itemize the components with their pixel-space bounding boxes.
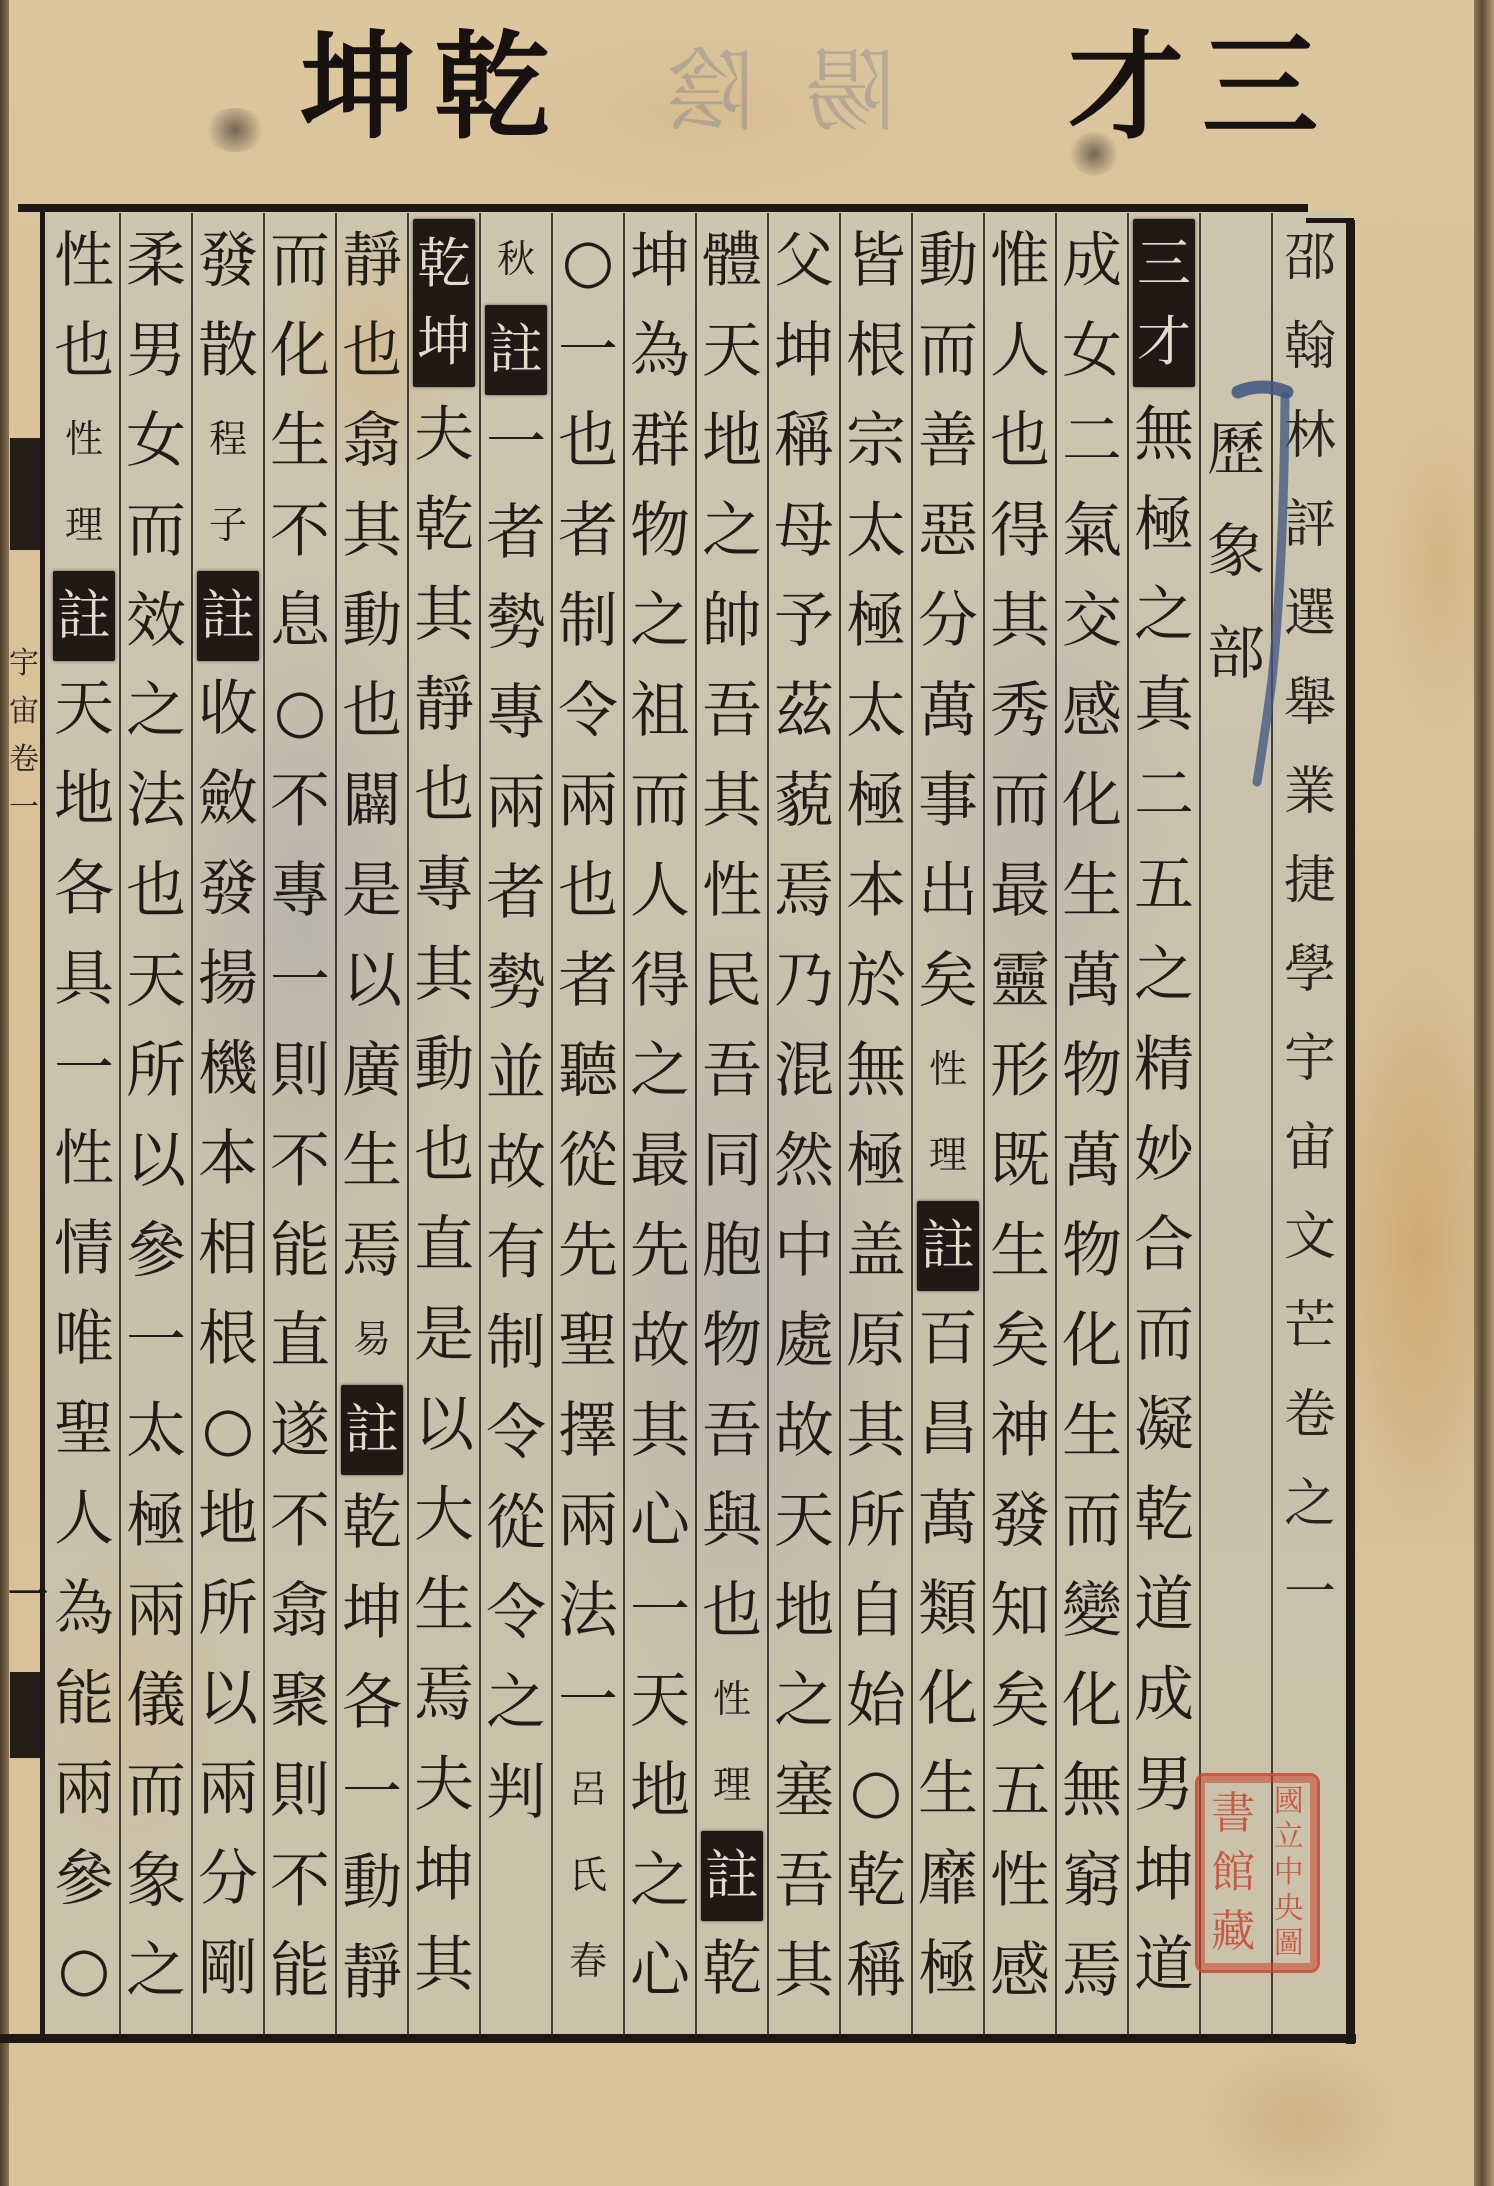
binding-gutter [0,0,9,2186]
glyph: 混 [768,1026,840,1116]
glyph: 胞 [696,1206,768,1296]
glyph: 皆 [840,216,912,306]
glyph: 大 [408,1470,480,1560]
glyph: 央 [1274,1892,1304,1926]
glyph: 也 [48,306,120,396]
glyph: 天 [48,664,120,754]
glyph: 也 [552,846,624,936]
glyph: 各 [48,844,120,934]
text-column: 乾坤 夫乾其靜也專其動也直是以大生焉夫坤其 [408,216,480,2010]
glyph: 窮 [1056,1836,1128,1926]
glyph: ○ [192,1384,264,1474]
glyph: 動 [408,1020,480,1110]
glyph: 兩 [480,758,552,848]
glyph: 之 [1274,1460,1346,1549]
glyph: 先 [552,1206,624,1296]
glyph: 化 [264,306,336,396]
glyph: 萬 [1056,936,1128,1026]
glyph: 生 [336,1116,408,1206]
glyph: 自 [840,1566,912,1656]
glyph: 判 [480,1748,552,1838]
glyph: 翕 [264,1566,336,1656]
glyph: 惡 [912,486,984,576]
glyph: 並 [480,1028,552,1118]
glyph: 秀 [984,666,1056,756]
glyph: 聚 [264,1656,336,1746]
glyph: 昌 [912,1384,984,1474]
glyph: 然 [768,1116,840,1206]
commentary-marker: 註 [485,305,547,395]
glyph: 極 [1128,480,1200,570]
glyph: 之 [120,1926,192,2016]
glyph: 而 [912,306,984,396]
main-text: 惟人也得其秀而最靈形既生矣神發知矣五性感 [984,216,1056,2016]
commentary-marker: 註 [917,1201,979,1291]
glyph: 氏 [552,1832,624,1918]
fold-page-number: 一 [8,1570,40,1620]
glyph: 坤 [300,22,412,152]
glyph: 形 [984,1026,1056,1116]
glyph: 以 [336,936,408,1026]
glyph: 生 [408,1560,480,1650]
glyph: 帥 [696,576,768,666]
glyph: 坤 [413,303,475,381]
glyph: 地 [696,396,768,486]
glyph: 同 [696,1116,768,1206]
source-note: 性理 [696,1656,768,1828]
glyph: 館 [1211,1845,1255,1901]
glyph: 化 [912,1654,984,1744]
commentary-marker: 註 [197,571,259,661]
glyph: 斂 [192,754,264,844]
glyph: 二 [1128,750,1200,840]
glyph: 制 [552,576,624,666]
glyph: ○ [840,1746,912,1836]
glyph: 捷 [1274,837,1346,926]
glyph: 者 [480,488,552,578]
glyph: 男 [120,306,192,396]
glyph: 兩 [120,1566,192,1656]
glyph: 翕 [336,396,408,486]
seal-left-column: 書館藏 [1211,1784,1255,1962]
glyph: 得 [624,936,696,1026]
glyph: 精 [1128,1020,1200,1110]
glyph: 發 [192,844,264,934]
glyph: 靜 [408,660,480,750]
glyph: 父 [768,216,840,306]
glyph: 註 [197,577,259,655]
main-text: 收斂發揚機本相根○地所以兩分剛 [192,664,264,2014]
glyph: 化 [1056,756,1128,846]
glyph: 也 [552,396,624,486]
glyph: 則 [264,1746,336,1836]
glyph: 性 [48,216,120,306]
text-column: 體天地之帥吾其性民吾同胞物吾與也 性理 註 乾 [696,216,768,2014]
glyph: 凝 [1128,1380,1200,1470]
glyph: 稱 [840,1926,912,2016]
main-text: 乾坤各一動靜 [336,1478,408,2018]
main-text: 乾 [696,1924,768,2014]
glyph: 國 [1274,1785,1304,1819]
glyph: 不 [264,486,336,576]
commentary-marker: 註 [53,571,115,661]
frame-top-border [18,204,1308,212]
glyph: 焉 [768,846,840,936]
main-text: 無極之真二五之精妙合而凝乾道成男坤道 [1128,390,1200,2010]
glyph: 神 [984,1386,1056,1476]
glyph: 吾 [696,1386,768,1476]
glyph: 民 [696,936,768,1026]
glyph: 一 [1274,1549,1346,1638]
glyph: 是 [408,1290,480,1380]
source-note: 性理 [912,1026,984,1198]
glyph: 性 [984,1836,1056,1926]
main-text: 而化生不息○不專一則不能直遂不翕聚則不能 [264,216,336,2016]
glyph: 群 [624,396,696,486]
glyph: 理 [48,482,120,568]
frame-right-border [1346,220,1355,2044]
ink-smudge [1070,132,1118,176]
glyph: 極 [840,1116,912,1206]
glyph: 既 [984,1116,1056,1206]
glyph: 也 [408,750,480,840]
glyph: 性 [48,1114,120,1204]
text-column: 柔男女而效之法也天所以參一太極兩儀而象之 [120,216,192,2016]
glyph: 也 [984,396,1056,486]
glyph: 相 [192,1204,264,1294]
glyph: 體 [696,216,768,306]
glyph: 兩 [552,1476,624,1566]
glyph: 圖 [1274,1927,1304,1961]
glyph: 而 [624,756,696,846]
glyph: 以 [408,1380,480,1470]
glyph: 者 [480,848,552,938]
glyph: 令 [480,1388,552,1478]
glyph: 乾 [840,1836,912,1926]
glyph: 其 [696,756,768,846]
glyph: 予 [768,576,840,666]
glyph: 善 [912,396,984,486]
glyph: 無 [840,1026,912,1116]
glyph: 藏 [1211,1904,1255,1960]
glyph: 始 [840,1656,912,1746]
glyph: 地 [768,1566,840,1656]
glyph: 程 [192,396,264,482]
glyph: 芒 [1274,1282,1346,1371]
text-column: 靜也翕其動也闢是以廣生焉 易 註 乾坤各一動靜 [336,216,408,2018]
glyph: 制 [480,1298,552,1388]
glyph: 五 [984,1746,1056,1836]
glyph: 揚 [192,934,264,1024]
glyph: ○ [552,216,624,306]
glyph: 呂 [552,1746,624,1832]
glyph: 心 [624,1926,696,2016]
main-text: 體天地之帥吾其性民吾同胞物吾與也 [696,216,768,1656]
glyph: 萬 [912,1474,984,1564]
source-note: 呂氏春 [552,1746,624,2004]
glyph: 故 [768,1386,840,1476]
glyph: 宙 [8,688,40,736]
glyph: 而 [264,216,336,306]
frame-left-border [40,204,45,2042]
glyph: 之 [696,486,768,576]
glyph: 專 [480,668,552,758]
heading-box: 乾坤 [413,219,475,387]
book-title-column: 邵翰林評選舉業捷學宇宙文芒卷之一 [1274,214,1346,1638]
glyph: 焉 [408,1650,480,1740]
glyph: 所 [120,1026,192,1116]
glyph: 能 [48,1654,120,1744]
glyph: 發 [192,216,264,306]
main-text: 靜也翕其動也闢是以廣生焉 [336,216,408,1296]
glyph: 法 [552,1566,624,1656]
glyph: 不 [264,1836,336,1926]
glyph: 之 [624,576,696,666]
header-title-right: 三才 [1068,22,1314,152]
glyph: 坤 [408,1830,480,1920]
source-note: 秋 [480,216,552,302]
glyph: 理 [696,1742,768,1828]
glyph: 收 [192,664,264,754]
glyph: 坤 [336,1568,408,1658]
commentary-marker: 註 [701,1831,763,1921]
glyph: 立 [1274,1820,1304,1854]
glyph: 翰 [1274,303,1346,392]
glyph: 感 [1056,666,1128,756]
glyph: 一 [264,936,336,1026]
glyph: 乾 [696,1924,768,2014]
glyph: 情 [48,1204,120,1294]
glyph: 參 [48,1834,120,1924]
glyph: 無 [1128,390,1200,480]
main-text: 父坤稱母予茲藐焉乃混然中處故天地之塞吾其 [768,216,840,2016]
glyph: 心 [624,1476,696,1566]
glyph: 以 [192,1654,264,1744]
glyph: 勢 [480,938,552,1028]
glyph: 人 [984,306,1056,396]
glyph: 地 [624,1746,696,1836]
glyph: 合 [1128,1200,1200,1290]
glyph: 與 [696,1476,768,1566]
glyph: 也 [336,306,408,396]
glyph: 稱 [768,396,840,486]
glyph: 註 [53,577,115,655]
glyph: 選 [1274,570,1346,659]
glyph: 極 [840,576,912,666]
fishtail-mark-lower [10,1672,40,1758]
glyph: 事 [912,756,984,846]
glyph: 得 [984,486,1056,576]
page-edge [1474,0,1494,2186]
glyph: 宗 [840,396,912,486]
glyph: 動 [912,216,984,306]
glyph: 塞 [768,1746,840,1836]
glyph: 中 [768,1206,840,1296]
glyph: 陽 [800,42,900,142]
glyph: 而 [120,486,192,576]
text-column: 父坤稱母予茲藐焉乃混然中處故天地之塞吾其 [768,216,840,2016]
glyph: 宙 [1274,1104,1346,1193]
glyph: 也 [120,846,192,936]
glyph: 參 [120,1206,192,1296]
section-heading-column: 歷象部 [1200,398,1272,704]
glyph: 剛 [192,1924,264,2014]
glyph: 一 [480,398,552,488]
glyph: 乾 [434,22,546,152]
glyph: 註 [701,1837,763,1915]
glyph: 性 [696,1656,768,1742]
glyph: 生 [1056,846,1128,936]
glyph: 勢 [480,578,552,668]
glyph: 學 [1274,926,1346,1015]
glyph: 不 [264,1116,336,1206]
glyph: 本 [192,1114,264,1204]
glyph: 乾 [413,225,475,303]
glyph: 靡 [912,1834,984,1924]
glyph: 秋 [480,216,552,302]
main-text: 動而善惡分萬事出矣 [912,216,984,1026]
glyph: 人 [624,846,696,936]
glyph: 文 [1274,1193,1346,1282]
glyph: 交 [1056,576,1128,666]
glyph: 天 [624,1656,696,1746]
main-text: 發散 [192,216,264,396]
glyph: 唯 [48,1294,120,1384]
glyph: 一 [624,1566,696,1656]
glyph: 有 [480,1208,552,1298]
glyph: 一 [120,1296,192,1386]
glyph: 直 [264,1296,336,1386]
glyph: 矣 [912,936,984,1026]
glyph: 象 [1200,500,1272,602]
glyph: 天 [120,936,192,1026]
main-text: 一者勢專兩者勢並故有制令從令之判 [480,398,552,1838]
commentary-marker: 註 [341,1385,403,1475]
text-column: 性也 性理 註 天地各具一性情唯聖人為能兩參○ [48,216,120,2014]
glyph: 靜 [336,1928,408,2018]
glyph: 不 [264,756,336,846]
glyph: 不 [264,1476,336,1566]
glyph: 生 [1056,1386,1128,1476]
glyph: 物 [624,486,696,576]
glyph: 人 [48,1474,120,1564]
glyph: 吾 [696,666,768,756]
glyph: 女 [1056,306,1128,396]
glyph: 是 [336,846,408,936]
glyph: 生 [264,396,336,486]
glyph: 萬 [1056,1116,1128,1206]
glyph: 其 [408,570,480,660]
glyph: 專 [264,846,336,936]
glyph: 各 [336,1658,408,1748]
text-column: 成女二氣交感化生萬物萬物化生而變化無窮焉 [1056,216,1128,2016]
glyph: 焉 [336,1206,408,1296]
glyph: 從 [552,1116,624,1206]
glyph: 象 [120,1836,192,1926]
glyph: 物 [1056,1026,1128,1116]
glyph: 之 [624,1836,696,1926]
glyph: 女 [120,396,192,486]
glyph: 成 [1056,216,1128,306]
glyph: 於 [840,936,912,1026]
glyph: 所 [840,1476,912,1566]
glyph: 能 [264,1206,336,1296]
glyph: 矣 [984,1296,1056,1386]
main-text: ○一也者制令兩也者聽從先聖擇兩法一 [552,216,624,1746]
glyph: 其 [984,576,1056,666]
glyph: 乃 [768,936,840,1026]
glyph: 太 [120,1386,192,1476]
glyph: 其 [840,1386,912,1476]
glyph: 極 [120,1476,192,1566]
glyph: 歷 [1200,398,1272,500]
text-column: 三才 無極之真二五之精妙合而凝乾道成男坤道 [1128,216,1200,2010]
glyph: 性 [696,846,768,936]
glyph: 性 [912,1026,984,1112]
glyph: 地 [192,1474,264,1564]
frame-bottom-border [0,2034,1356,2043]
glyph: 之 [1128,570,1200,660]
glyph: 效 [120,576,192,666]
header-title-left: 乾坤 [300,22,546,152]
glyph: 以 [120,1116,192,1206]
glyph: 天 [768,1476,840,1566]
glyph: 物 [696,1296,768,1386]
glyph: 散 [192,306,264,396]
glyph: 其 [768,1926,840,2016]
glyph: 夫 [408,390,480,480]
glyph: 遂 [264,1386,336,1476]
glyph: 母 [768,486,840,576]
glyph: 之 [768,1656,840,1746]
glyph: 乾 [336,1478,408,1568]
glyph: 物 [1056,1206,1128,1296]
text-column: 坤為群物之祖而人得之最先故其心一天地之心 [624,216,696,2016]
glyph: 陰 [660,42,760,142]
heading-box: 三才 [1133,219,1195,387]
glyph: 聖 [48,1384,120,1474]
glyph: 一 [48,1024,120,1114]
glyph: 具 [48,934,120,1024]
glyph: 根 [840,306,912,396]
source-note: 易 [336,1296,408,1382]
glyph: 也 [696,1566,768,1656]
glyph: 則 [264,1026,336,1116]
glyph: 生 [984,1206,1056,1296]
glyph: 天 [696,306,768,396]
glyph: 之 [480,1658,552,1748]
glyph: 儀 [120,1656,192,1746]
fishtail-mark-upper [10,438,40,550]
glyph: 一 [552,306,624,396]
glyph: 子 [192,482,264,568]
glyph: 易 [336,1296,408,1382]
glyph: 中 [1274,1856,1304,1890]
glyph: 者 [552,936,624,1026]
main-text: 坤為群物之祖而人得之最先故其心一天地之心 [624,216,696,2016]
text-column: ○一也者制令兩也者聽從先聖擇兩法一 呂氏春 [552,216,624,2004]
glyph: 息 [264,576,336,666]
glyph: 妙 [1128,1110,1200,1200]
glyph: 動 [336,576,408,666]
glyph: 太 [840,486,912,576]
library-seal: 國立中央圖 書館藏 [1195,1773,1320,1973]
glyph: 極 [840,756,912,846]
glyph: 發 [984,1476,1056,1566]
glyph: 焉 [1056,1926,1128,2016]
glyph: 原 [840,1296,912,1386]
glyph: 令 [552,666,624,756]
